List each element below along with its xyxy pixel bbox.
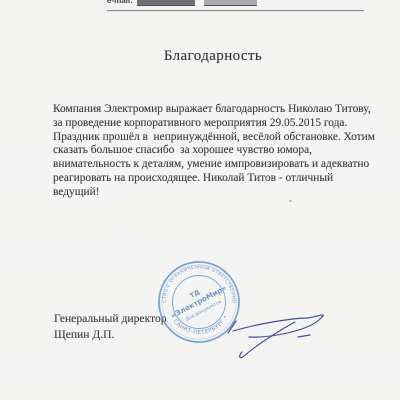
document-title: Благодарность	[53, 48, 373, 65]
body-line: сказать большое спасибо за хорошее чувст…	[53, 144, 377, 158]
body-line: Праздник прошёл в непринуждённой, весёло…	[53, 131, 377, 145]
body-line: реагировать на происходящее. Николай Тит…	[53, 172, 377, 200]
letter-body: Компания Электромир выражает благодарнос…	[53, 103, 377, 200]
stamp-ring-text-bottom: • САНКТ-ПЕТЕРБУРГ •	[168, 314, 229, 336]
letterhead-email-row: e-mail:	[107, 0, 257, 6]
body-line: внимательность к деталям, умение импрови…	[53, 158, 377, 172]
svg-text:• САНКТ-ПЕТЕРБУРГ •: • САНКТ-ПЕТЕРБУРГ •	[168, 314, 229, 336]
handwritten-signature	[228, 315, 323, 358]
signer-role: Генеральный директор	[54, 312, 167, 325]
body-line: за проведение корпоративного мероприятия…	[53, 117, 377, 131]
scanned-letter-page: e-mail: Благодарность Компания Электроми…	[0, 0, 400, 400]
email-address-redacted	[137, 0, 195, 6]
email-address-2-redacted	[204, 0, 257, 6]
letterhead-divider	[107, 10, 364, 11]
email-label: e-mail:	[107, 0, 133, 6]
paper-speck	[289, 200, 292, 202]
body-line: Компания Электромир выражает благодарнос…	[53, 103, 377, 117]
signer-name: Щепин Д.П.	[54, 328, 114, 341]
stamp-center-td: ТД	[188, 288, 201, 300]
stamp-center-purpose: Для документов	[185, 299, 223, 323]
stamp-center-company: «ЭлектроМир»	[170, 283, 229, 320]
